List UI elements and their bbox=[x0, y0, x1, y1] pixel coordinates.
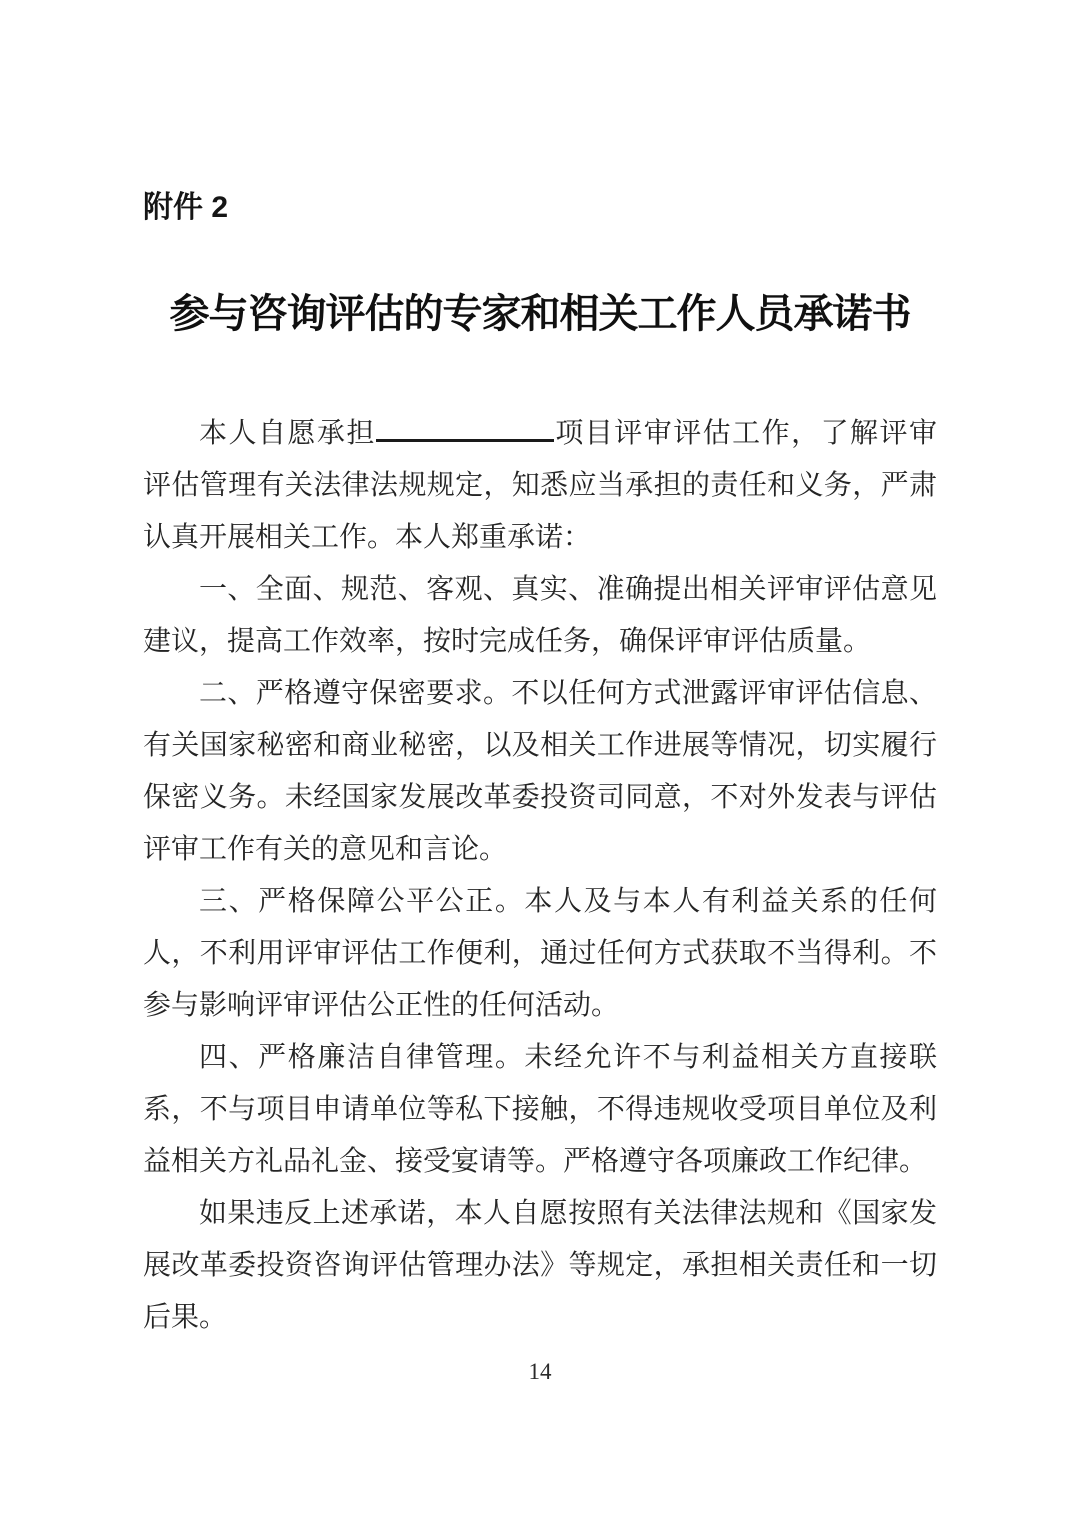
document-body: 本人自愿承担项目评审评估工作，了解评审评估管理有关法律法规规定，知悉应当承担的责… bbox=[143, 408, 937, 1344]
attachment-label: 附件 2 bbox=[143, 190, 937, 226]
commitment-paragraph-1: 一、全面、规范、客观、真实、准确提出相关评审评估意见建议，提高工作效率，按时完成… bbox=[143, 564, 937, 668]
commitment-paragraph-3: 三、严格保障公平公正。本人及与本人有利益关系的任何人，不利用评审评估工作便利，通… bbox=[143, 876, 937, 1032]
commitment-paragraph-2: 二、严格遵守保密要求。不以任何方式泄露评审评估信息、有关国家秘密和商业秘密，以及… bbox=[143, 668, 937, 876]
commitment-paragraph-4: 四、严格廉洁自律管理。未经允许不与利益相关方直接联系，不与项目申请单位等私下接触… bbox=[143, 1032, 937, 1188]
page-number: 14 bbox=[0, 1358, 1080, 1386]
opening-text-before-blank: 本人自愿承担 bbox=[199, 418, 376, 449]
closing-paragraph: 如果违反上述承诺，本人自愿按照有关法律法规和《国家发展改革委投资咨询评估管理办法… bbox=[143, 1188, 937, 1344]
fill-in-blank-underline bbox=[376, 414, 554, 442]
opening-paragraph: 本人自愿承担项目评审评估工作，了解评审评估管理有关法律法规规定，知悉应当承担的责… bbox=[143, 408, 937, 564]
document-title: 参与咨询评估的专家和相关工作人员承诺书 bbox=[143, 290, 937, 338]
document-page: 附件 2 参与咨询评估的专家和相关工作人员承诺书 本人自愿承担项目评审评估工作，… bbox=[0, 0, 1080, 1526]
